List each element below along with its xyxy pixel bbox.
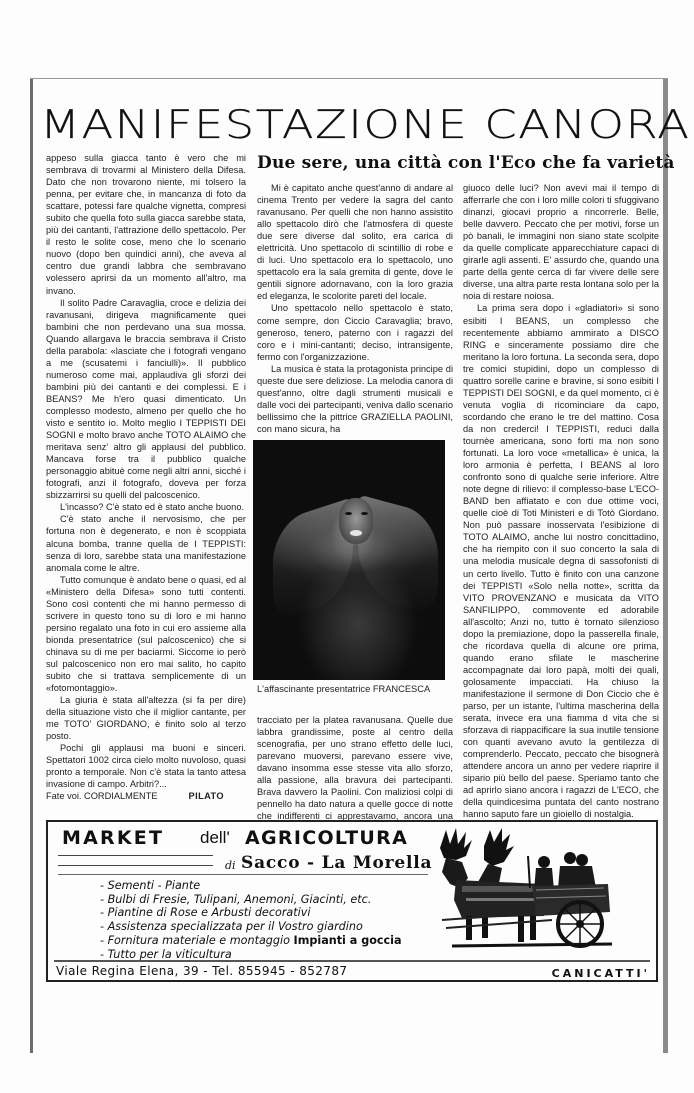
ad-owner-prefix: di bbox=[225, 859, 236, 872]
ad-list-item: - Fornitura materiale e montaggio Impian… bbox=[100, 934, 402, 948]
ad-list-item-text: - Fornitura materiale e montaggio bbox=[100, 934, 294, 947]
article-column-middle: Mi è capitato anche quest'anno di andare… bbox=[257, 182, 453, 435]
photo-caption: L'affascinante presentatrice FRANCESCA bbox=[257, 684, 453, 694]
paragraph: Pochi gli applausi ma buoni e sinceri. S… bbox=[46, 742, 246, 790]
paragraph: appeso sulla giacca tanto è vero che mi … bbox=[46, 152, 246, 297]
paragraph: L'incasso? C'è stato ed è stato anche bu… bbox=[46, 501, 246, 513]
ad-divider bbox=[58, 874, 428, 875]
ad-list-item: - Assistenza specializzata per il Vostro… bbox=[100, 920, 402, 934]
ad-divider bbox=[58, 865, 213, 866]
presenter-photo bbox=[253, 440, 445, 680]
page-headline: MANIFESTAZIONE CANORA bbox=[40, 103, 694, 151]
closing-text: Fate voi. CORDIALMENTE bbox=[46, 790, 158, 802]
paragraph: La prima sera dopo i «gladiatori» si son… bbox=[463, 302, 659, 820]
paragraph: La giuria è stata all'altezza (si fa per… bbox=[46, 694, 246, 742]
ad-list-item: - Sementi - Piante bbox=[100, 879, 402, 893]
ad-divider bbox=[58, 855, 213, 856]
ad-city: CANICATTI' bbox=[552, 967, 650, 980]
closing-line: Fate voi. CORDIALMENTE PILATO bbox=[46, 790, 246, 802]
sicilian-cart-illustration-icon bbox=[432, 828, 624, 954]
article-subheadline: Due sere, una città con l'Eco che fa var… bbox=[257, 153, 657, 173]
photo-eye bbox=[345, 512, 352, 515]
photo-eye bbox=[361, 512, 368, 515]
paragraph: Uno spettacolo nello spettacolo è stato,… bbox=[257, 302, 453, 362]
article-column-left: appeso sulla giacca tanto è vero che mi … bbox=[46, 152, 246, 803]
ad-title-agricoltura: AGRICOLTURA bbox=[245, 827, 408, 849]
paragraph: La musica è stata la protagonista princi… bbox=[257, 363, 453, 435]
author-signature: PILATO bbox=[189, 790, 224, 802]
paragraph: C'è stato anche il nervosismo, che per f… bbox=[46, 513, 246, 573]
ad-address: Viale Regina Elena, 39 - Tel. 855945 - 8… bbox=[56, 964, 347, 978]
ad-list-item-bold: Impianti a goccia bbox=[294, 934, 402, 947]
paragraph: giuoco delle luci? Non avevi mai il temp… bbox=[463, 182, 659, 302]
paragraph: Tutto comunque è andato bene o quasi, ed… bbox=[46, 574, 246, 694]
article-column-middle-continued: tracciato per la platea ravanusana. Quel… bbox=[257, 714, 453, 834]
paragraph: Il solito Padre Caravaglia, croce e deli… bbox=[46, 297, 246, 502]
ad-title-dell: dell' bbox=[200, 828, 230, 848]
paragraph: tracciato per la platea ravanusana. Quel… bbox=[257, 714, 453, 834]
advertisement-box: MARKET dell' AGRICOLTURA di Sacco - La M… bbox=[46, 820, 658, 982]
article-column-right: giuoco delle luci? Non avevi mai il temp… bbox=[463, 182, 659, 834]
ad-title-market: MARKET bbox=[62, 827, 164, 849]
ad-list-item: - Bulbi di Fresie, Tulipani, Anemoni, Gi… bbox=[100, 893, 402, 907]
paragraph: Mi è capitato anche quest'anno di andare… bbox=[257, 182, 453, 302]
ad-list-item: - Piantine di Rose e Arbusti decorativi bbox=[100, 906, 402, 920]
photo-mouth bbox=[350, 530, 362, 536]
ad-product-list: - Sementi - Piante - Bulbi di Fresie, Tu… bbox=[100, 879, 402, 961]
photo-face bbox=[339, 498, 373, 544]
ad-divider bbox=[54, 960, 650, 962]
ad-owner-name: Sacco - La Morella bbox=[241, 853, 432, 873]
